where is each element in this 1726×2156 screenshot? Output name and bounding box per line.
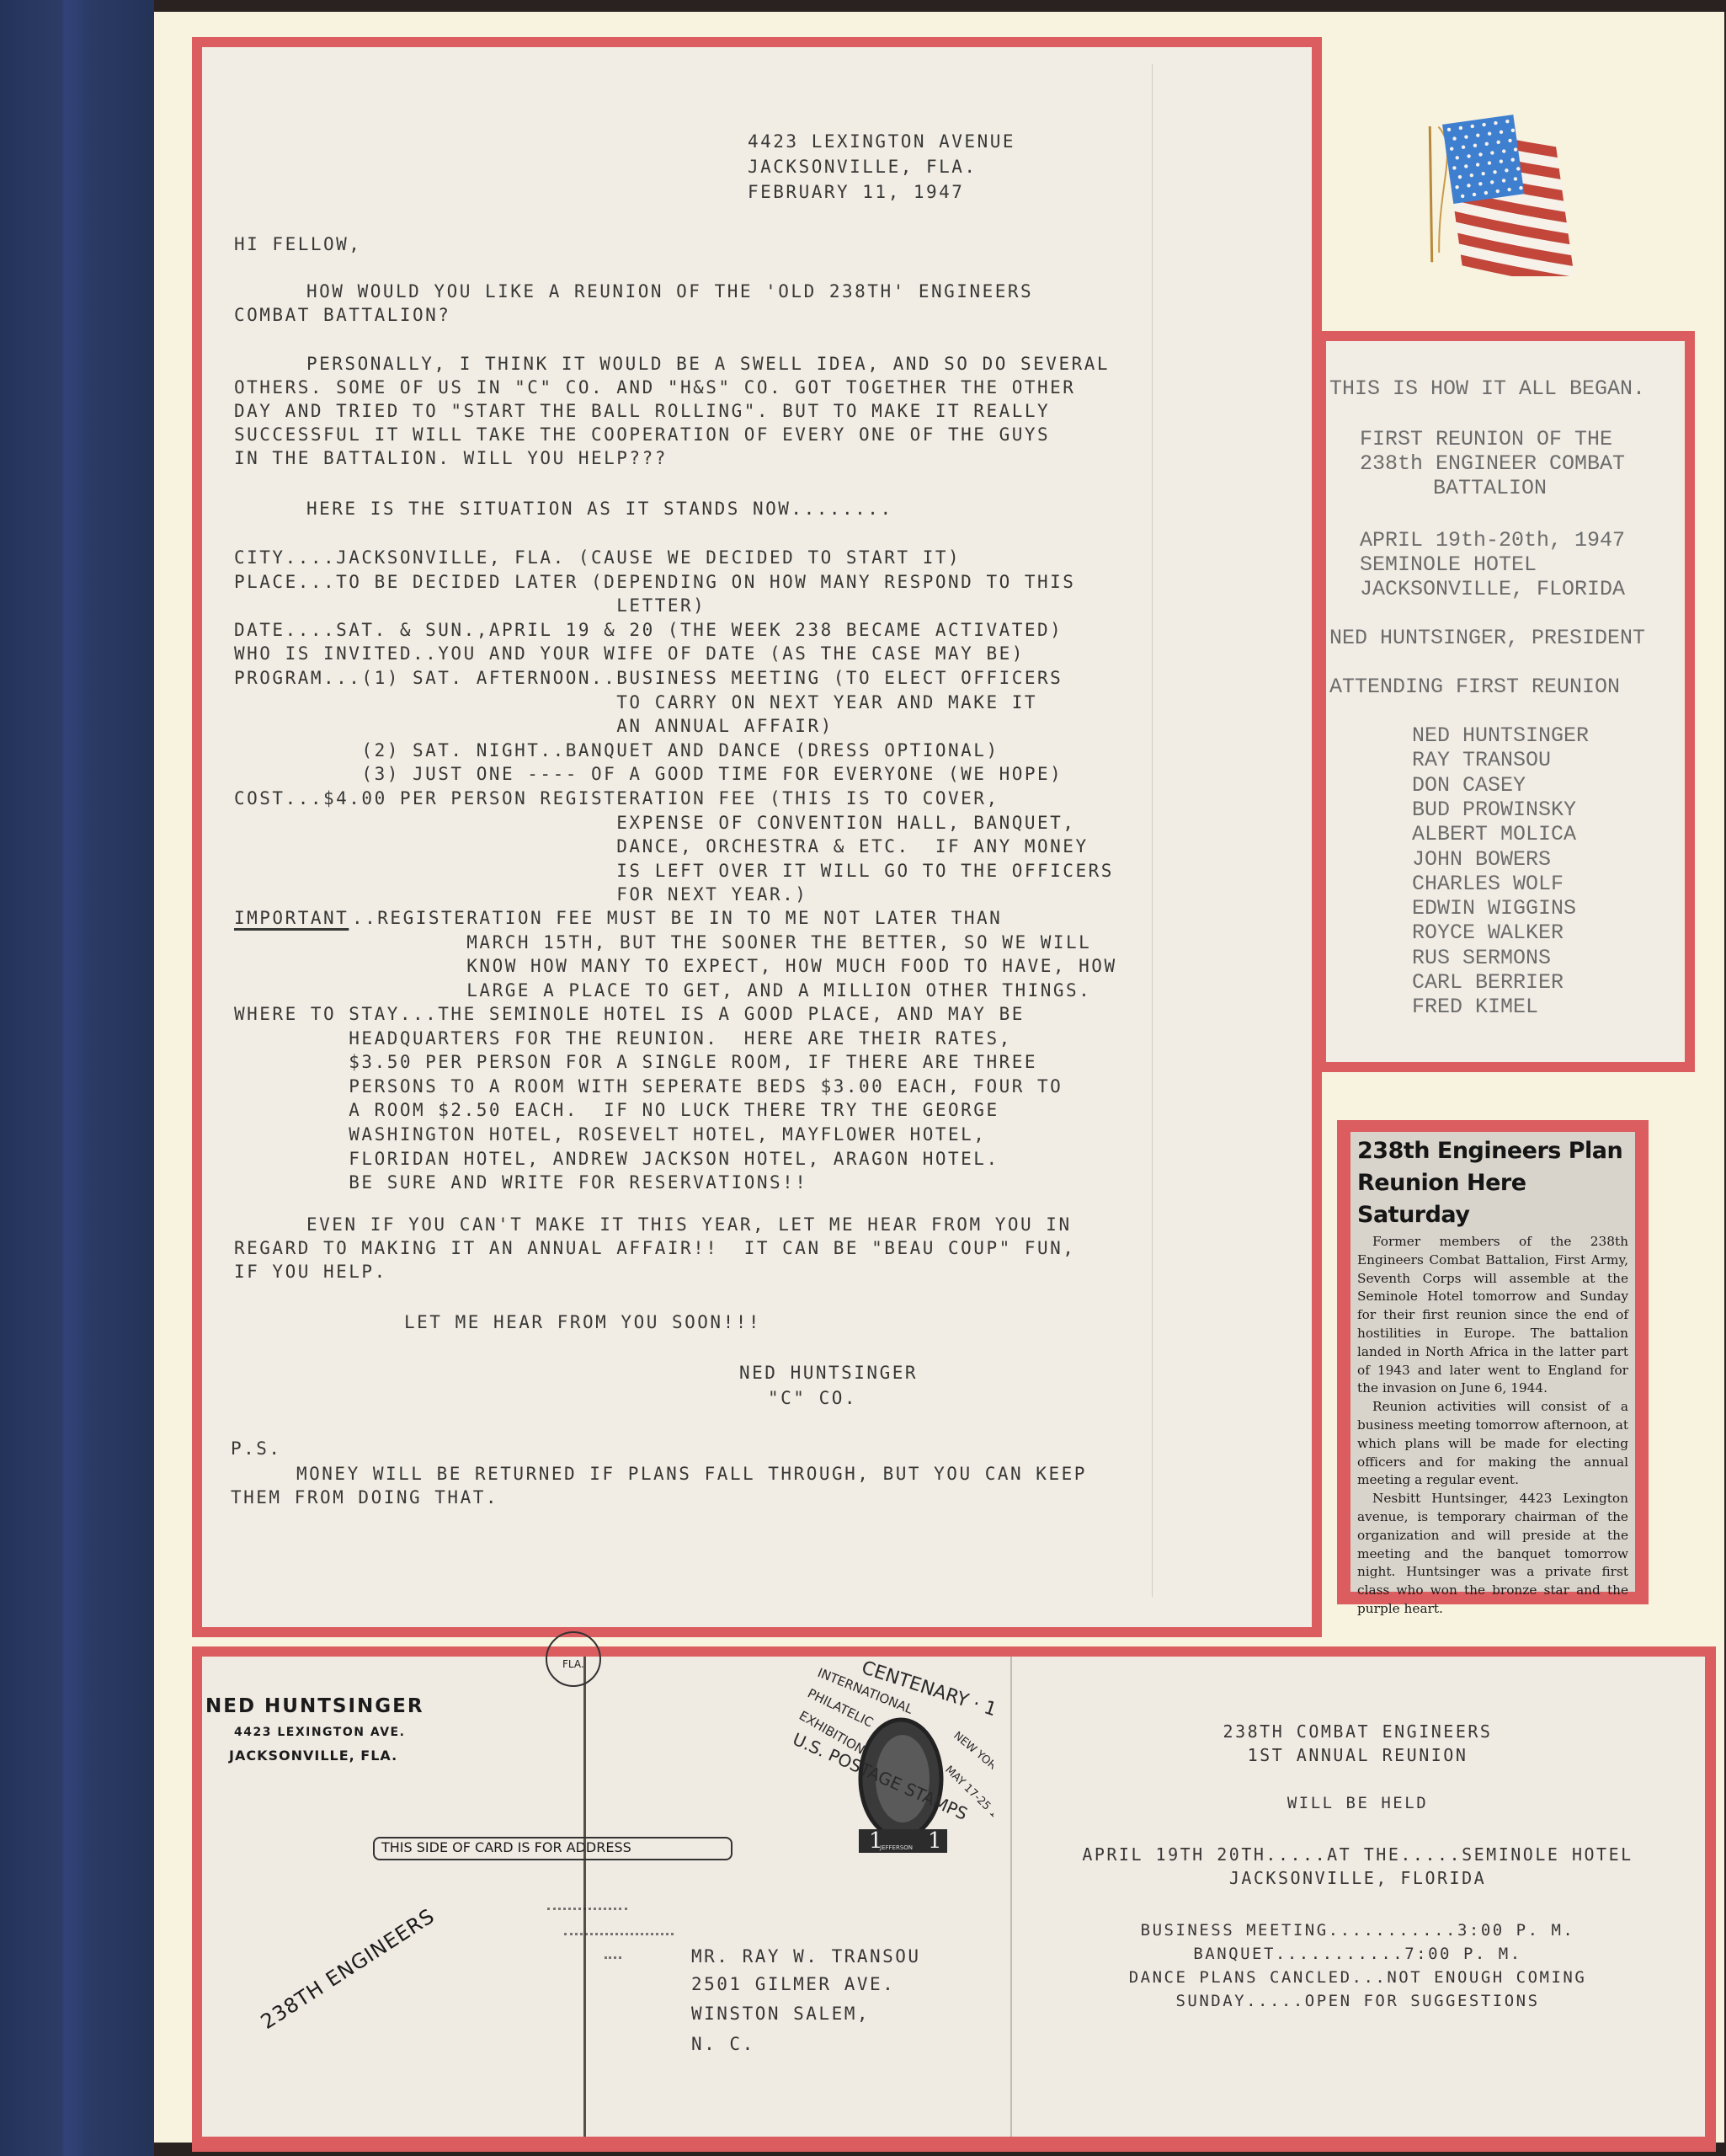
card-fold-line [583,1657,586,2137]
detail-line: is left over it will go to the officers [234,861,1114,881]
clipping-headline: 238th Engineers Plan Reunion Here Saturd… [1350,1132,1635,1231]
attendee-name: RAY TRANSOU [1412,748,1726,772]
postmark-circle: FLA. [546,1631,601,1687]
detail-line: Place...To be decided later (Depending o… [234,572,1075,592]
address-notice-box: THIS SIDE OF CARD IS FOR ADDRESS [373,1837,732,1860]
clipping-paragraph: Nesbitt Huntsinger, 4423 Lexington avenu… [1357,1490,1628,1619]
detail-line: to carry on next year and make it [234,692,1037,712]
diagonal-unit-stamp: 238TH ENGINEERS [257,1904,439,2034]
card-edge-line [1010,1657,1012,2137]
para2-line: in the battalion. Will you help??? [234,448,668,468]
detail-line: City....Jacksonville, Fla. (Cause we dec… [234,547,961,568]
newspaper-clipping: 238th Engineers Plan Reunion Here Saturd… [1350,1132,1635,1592]
fold-crease [1152,64,1153,1597]
ps-label: P.S. [231,1438,282,1459]
attendee-name: BUD PROWINSKY [1412,798,1726,822]
message-subtitle: 1st Annual Reunion [1015,1745,1701,1765]
attendee-name: EDWIN WIGGINS [1412,896,1726,921]
para2-line: others. Some of us in "C" Co. and "H&S" … [234,377,1075,398]
detail-line: letter) [234,595,706,616]
detail-line: expense of convention hall, banquet, [234,813,1075,833]
clipping-paragraph: Reunion activities will consist of a bus… [1357,1398,1628,1490]
detail-line: Date....Sat. & Sun.,April 19 & 20 (The w… [234,620,1063,640]
recipient-city: Winston Salem, [691,2004,870,2024]
schedule-item: Business meeting...........3:00 P. M. [1015,1921,1701,1940]
will-be-held: Will be held [1015,1794,1701,1812]
where-line: persons to a room with seperate beds $3.… [234,1076,1063,1097]
important-line: March 15th, but the sooner the better, s… [352,932,1091,953]
detail-line: an annual affair) [234,716,834,736]
para1-line: Combat Battalion? [234,305,450,325]
where-line: a room $2.50 each. If no luck there try … [234,1100,999,1120]
letter-date: February 11, 1947 [748,182,964,202]
summary-title-line: BATTALION [1433,476,1726,500]
summary-title-line: FIRST REUNION OF THE [1360,427,1718,451]
where-line: Where to stay...The Seminole Hotel is a … [234,1004,1025,1024]
signature-name: Ned Huntsinger [739,1363,918,1383]
address-guide-line [564,1933,674,1935]
detail-line: for next year.) [234,884,807,905]
event-when-where: April 19th 20th.....at the.....Seminole … [1015,1844,1701,1865]
message-title: 238th Combat Engineers [1015,1721,1701,1742]
important-line: know how many to expect, how much food t… [352,956,1117,976]
sender-city-line: Jacksonville, Fla. [748,157,978,177]
important-line: large a place to get, and a million othe… [352,980,1091,1001]
return-address-street: 4423 LEXINGTON AVE. [234,1726,405,1739]
detail-line: (3) Just one ---- of a good time for eve… [234,764,1063,784]
schedule-item: Sunday.....open for suggestions [1015,1992,1701,2010]
para1-line: How would you like a reunion of the 'old… [306,281,1033,302]
attendee-name: ROYCE WALKER [1412,921,1726,945]
svg-text:1: 1 [928,1828,942,1854]
reunion-postcard: NED HUNTSINGER 4423 LEXINGTON AVE. JACKS… [202,1657,1705,2137]
album-spine [0,0,154,2156]
detail-line: (2) Sat. Night..Banquet and dance (dress… [234,740,999,760]
attendee-name: CHARLES WOLF [1412,872,1726,896]
summary-event-line: APRIL 19th-20th, 1947 [1360,528,1718,552]
sender-address-line: 4423 Lexington Avenue [748,131,1015,152]
situation-intro: Here is the situation as it stands now..… [306,499,893,519]
summary-heading: THIS IS HOW IT ALL BEGAN. [1329,376,1688,401]
american-flag-icon [1414,108,1600,276]
attendee-name: FRED KIMEL [1412,995,1726,1019]
para3-line: Even if you can't make it this year, let… [306,1214,1072,1235]
important-label: Important [234,908,349,928]
detail-line: Who is invited..YOU and your wife of dat… [234,643,1025,664]
where-line: headquarters for the reunion. Here are t… [234,1028,1012,1049]
summary-title-line: 238th ENGINEER COMBAT [1360,451,1718,476]
recipient-state: N. C. [691,2034,755,2054]
ps-line: Money will be returned if plans fall thr… [296,1464,1087,1484]
recipient-street: 2501 Gilmer Ave. [691,1974,895,1994]
where-line: Be sure and write for reservations!! [234,1172,807,1193]
clipping-paragraph: Former members of the 238th Engineers Co… [1357,1233,1628,1398]
return-address-city: JACKSONVILLE, FLA. [229,1748,397,1764]
closing-line: Let me hear from you soon!!! [404,1312,761,1332]
detail-line: Cost...$4.00 per person registeration fe… [234,788,999,808]
ps-line: them from doing that. [231,1487,498,1508]
where-line: Floridan Hotel, Andrew Jackson Hotel, Ar… [234,1149,999,1169]
greeting: Hi fellow, [234,234,361,254]
signature-company: "C" Co. [768,1388,857,1408]
para3-line: if YOU help. [234,1262,387,1282]
summary-president: NED HUNTSINGER, PRESIDENT [1329,626,1688,650]
typed-letter: 4423 Lexington Avenue Jacksonville, Fla.… [202,47,1312,1627]
address-guide-line [547,1908,627,1910]
attendee-name: ALBERT MOLICA [1412,822,1726,846]
para2-line: day and tried to "start the ball rolling… [234,401,1050,421]
where-line: Washington Hotel, Rosevelt Hotel, Mayflo… [234,1124,986,1145]
event-location: Jacksonville, Florida [1015,1868,1701,1888]
para2-line: Personally, I think it would be a swell … [306,354,1110,374]
summary-event-line: SEMINOLE HOTEL [1360,552,1718,577]
reunion-summary-card: THIS IS HOW IT ALL BEGAN. FIRST REUNION … [1326,341,1685,1062]
svg-text:JEFFERSON: JEFFERSON [879,1844,913,1851]
postcard-message: 238th Combat Engineers 1st Annual Reunio… [1015,1657,1701,2137]
attending-label: ATTENDING FIRST REUNION [1329,675,1688,699]
detail-line: dance, orchestra & etc. If any money [234,836,1089,857]
return-address-name: NED HUNTSINGER [205,1695,424,1717]
important-line: ..Registeration fee must be in to me not… [352,908,1002,928]
para3-line: regard to making it an annual affair!! I… [234,1238,1075,1258]
schedule-item: Dance Plans cancled...not enough coming [1015,1968,1701,1987]
attendee-name: RUS SERMONS [1412,946,1726,970]
schedule-item: Banquet...........7:00 P. M. [1015,1945,1701,1963]
attendee-name: JOHN BOWERS [1412,847,1726,872]
address-guide-line [605,1956,621,1959]
recipient-name: Mr. Ray W. Transou [691,1946,921,1967]
where-line: $3.50 per person for a single room, if t… [234,1052,1037,1072]
para2-line: successful it will take the cooperation … [234,424,1050,445]
address-notice: THIS SIDE OF CARD IS FOR ADDRESS [381,1839,631,1855]
postage-stamp-icon: 1 1 JEFFERSON INTERNATIONAL PHILATELIC E… [707,1661,994,1863]
detail-line: Program...(1) Sat. afternoon..Business m… [234,668,1063,688]
attendee-name: DON CASEY [1412,773,1726,798]
summary-event-line: JACKSONVILLE, FLORIDA [1360,577,1718,601]
attendee-name: CARL BERRIER [1412,970,1726,995]
clipping-body: Former members of the 238th Engineers Co… [1350,1231,1635,1619]
attendee-name: NED HUNTSINGER [1412,723,1726,748]
postmark-text: FLA. [562,1658,584,1670]
